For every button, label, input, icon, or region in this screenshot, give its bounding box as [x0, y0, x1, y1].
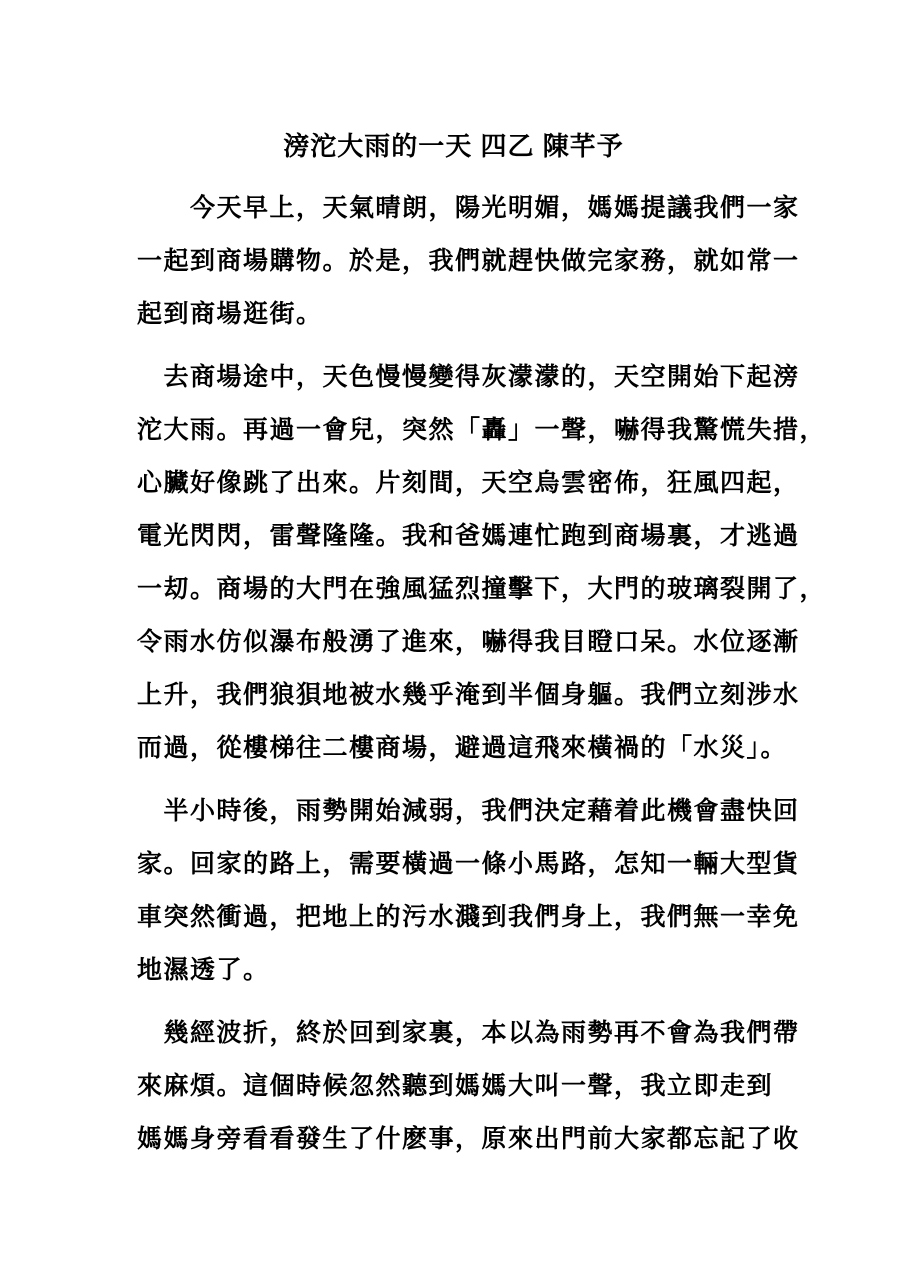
text-line: 來麻煩。這個時候忽然聽到媽媽大叫一聲，我立即走到 — [137, 1060, 905, 1113]
text-line: 令雨水仿似瀑布般湧了進來，嚇得我目瞪口呆。水位逐漸 — [137, 616, 905, 669]
text-line: 沱大雨。再過一會兒，突然「轟」一聲，嚇得我驚慌失措， — [137, 404, 905, 457]
document-title: 滂沱大雨的一天 四乙 陳芊予 — [137, 128, 770, 164]
text-line: 一刧。商場的大門在強風猛烈撞擊下，大門的玻璃裂開了， — [137, 563, 905, 616]
text-line: 電光閃閃，雷聲隆隆。我和爸媽連忙跑到商場裏，才逃過 — [137, 510, 905, 563]
text-line: 半小時後，雨勢開始減弱，我們決定藉着此機會盡快回 — [137, 785, 905, 838]
text-line: 去商場途中，天色慢慢變得灰濛濛的，天空開始下起滂 — [137, 351, 905, 404]
paragraph: 今天早上，天氣晴朗，陽光明媚，媽媽提議我們一家一起到商場購物。於是，我們就趕快做… — [137, 182, 905, 341]
document-body: 今天早上，天氣晴朗，陽光明媚，媽媽提議我們一家一起到商場購物。於是，我們就趕快做… — [137, 182, 905, 1166]
text-line: 媽媽身旁看看發生了什麽事，原來出門前大家都忘記了收 — [137, 1113, 905, 1166]
text-line: 家。回家的路上，需要橫過一條小馬路，怎知一輛大型貨 — [137, 838, 905, 891]
text-line: 上升，我們狼狽地被水幾乎淹到半個身軀。我們立刻涉水 — [137, 669, 905, 722]
text-line: 車突然衝過，把地上的污水濺到我們身上，我們無一幸免 — [137, 891, 905, 944]
text-line: 地濕透了。 — [137, 944, 905, 997]
paragraph: 半小時後，雨勢開始減弱，我們決定藉着此機會盡快回家。回家的路上，需要橫過一條小馬… — [137, 785, 905, 997]
paragraph: 幾經波折，終於回到家裏，本以為雨勢再不會為我們帶來麻煩。這個時候忽然聽到媽媽大叫… — [137, 1007, 905, 1166]
text-line: 今天早上，天氣晴朗，陽光明媚，媽媽提議我們一家 — [137, 182, 905, 235]
text-line: 而過，從樓梯往二樓商場，避過這飛來橫禍的「水災」。 — [137, 722, 905, 775]
text-line: 幾經波折，終於回到家裏，本以為雨勢再不會為我們帶 — [137, 1007, 905, 1060]
text-line: 起到商場逛街。 — [137, 288, 905, 341]
text-line: 一起到商場購物。於是，我們就趕快做完家務，就如常一 — [137, 235, 905, 288]
text-line: 心臟好像跳了出來。片刻間，天空烏雲密佈，狂風四起， — [137, 457, 905, 510]
paragraph: 去商場途中，天色慢慢變得灰濛濛的，天空開始下起滂沱大雨。再過一會兒，突然「轟」一… — [137, 351, 905, 775]
document-page: 滂沱大雨的一天 四乙 陳芊予 今天早上，天氣晴朗，陽光明媚，媽媽提議我們一家一起… — [0, 0, 905, 1280]
